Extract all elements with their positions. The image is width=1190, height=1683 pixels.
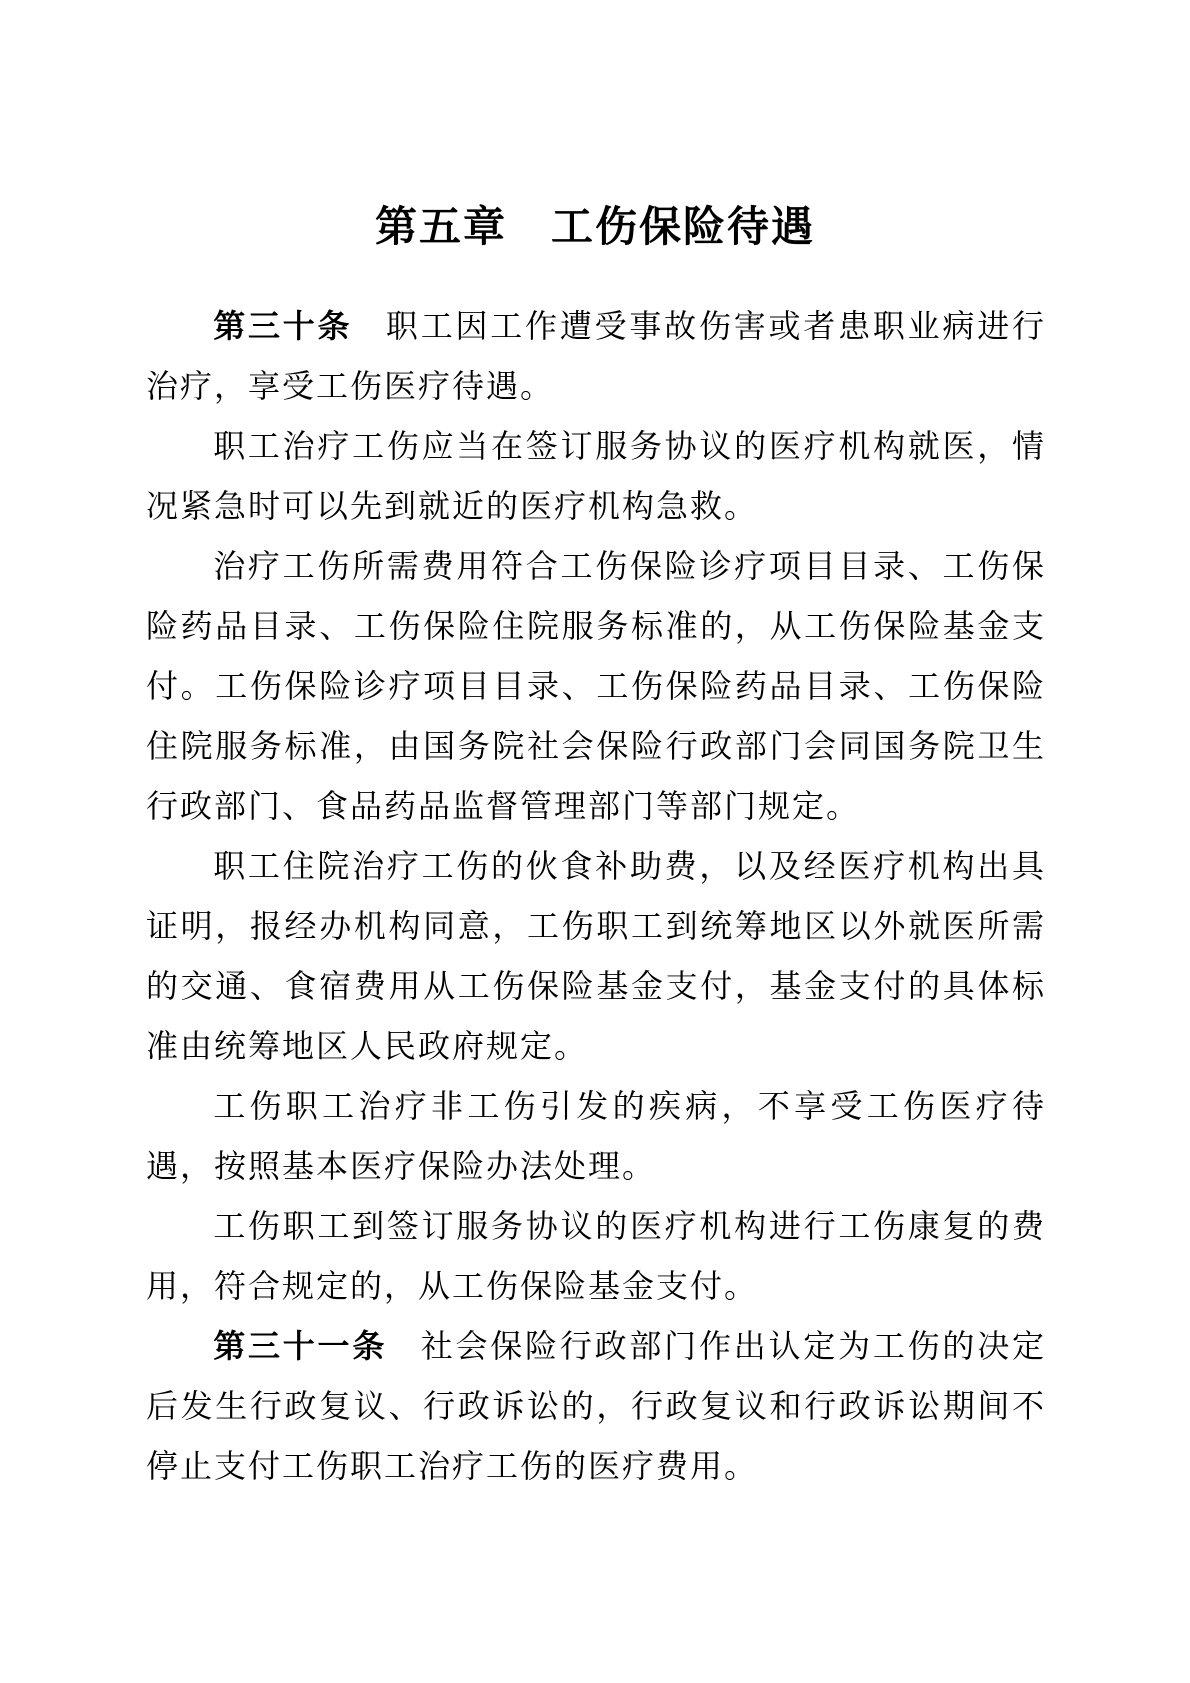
paragraph-article-31: 第三十一条社会保险行政部门作出认定为工伤的决定后发生行政复议、行政诉讼的，行政复… — [146, 1316, 1046, 1496]
paragraph-article-30: 第三十条职工因工作遭受事故伤害或者患职业病进行治疗，享受工伤医疗待遇。 — [146, 296, 1046, 416]
paragraph-text: 工伤职工到签订服务协议的医疗机构进行工伤康复的费用，符合规定的，从工伤保险基金支… — [146, 1208, 1046, 1304]
article-number-label: 第三十一条 — [213, 1328, 387, 1364]
paragraph: 工伤职工到签订服务协议的医疗机构进行工伤康复的费用，符合规定的，从工伤保险基金支… — [146, 1196, 1046, 1316]
paragraph-text: 职工住院治疗工伤的伙食补助费，以及经医疗机构出具证明，报经办机构同意，工伤职工到… — [146, 848, 1046, 1064]
chapter-title: 第五章 工伤保险待遇 — [0, 197, 1190, 257]
paragraph: 治疗工伤所需费用符合工伤保险诊疗项目目录、工伤保险药品目录、工伤保险住院服务标准… — [146, 536, 1046, 836]
paragraph-text: 治疗工伤所需费用符合工伤保险诊疗项目目录、工伤保险药品目录、工伤保险住院服务标准… — [146, 548, 1046, 824]
paragraph: 职工治疗工伤应当在签订服务协议的医疗机构就医，情况紧急时可以先到就近的医疗机构急… — [146, 416, 1046, 536]
paragraph-text: 职工治疗工伤应当在签订服务协议的医疗机构就医，情况紧急时可以先到就近的医疗机构急… — [146, 428, 1046, 524]
document-page: 第五章 工伤保险待遇 第三十条职工因工作遭受事故伤害或者患职业病进行治疗，享受工… — [0, 0, 1190, 1683]
paragraph: 职工住院治疗工伤的伙食补助费，以及经医疗机构出具证明，报经办机构同意，工伤职工到… — [146, 836, 1046, 1076]
article-number-label: 第三十条 — [213, 308, 352, 344]
paragraph: 工伤职工治疗非工伤引发的疾病，不享受工伤医疗待遇，按照基本医疗保险办法处理。 — [146, 1076, 1046, 1196]
document-body: 第三十条职工因工作遭受事故伤害或者患职业病进行治疗，享受工伤医疗待遇。 职工治疗… — [146, 296, 1046, 1496]
paragraph-text: 工伤职工治疗非工伤引发的疾病，不享受工伤医疗待遇，按照基本医疗保险办法处理。 — [146, 1088, 1046, 1184]
